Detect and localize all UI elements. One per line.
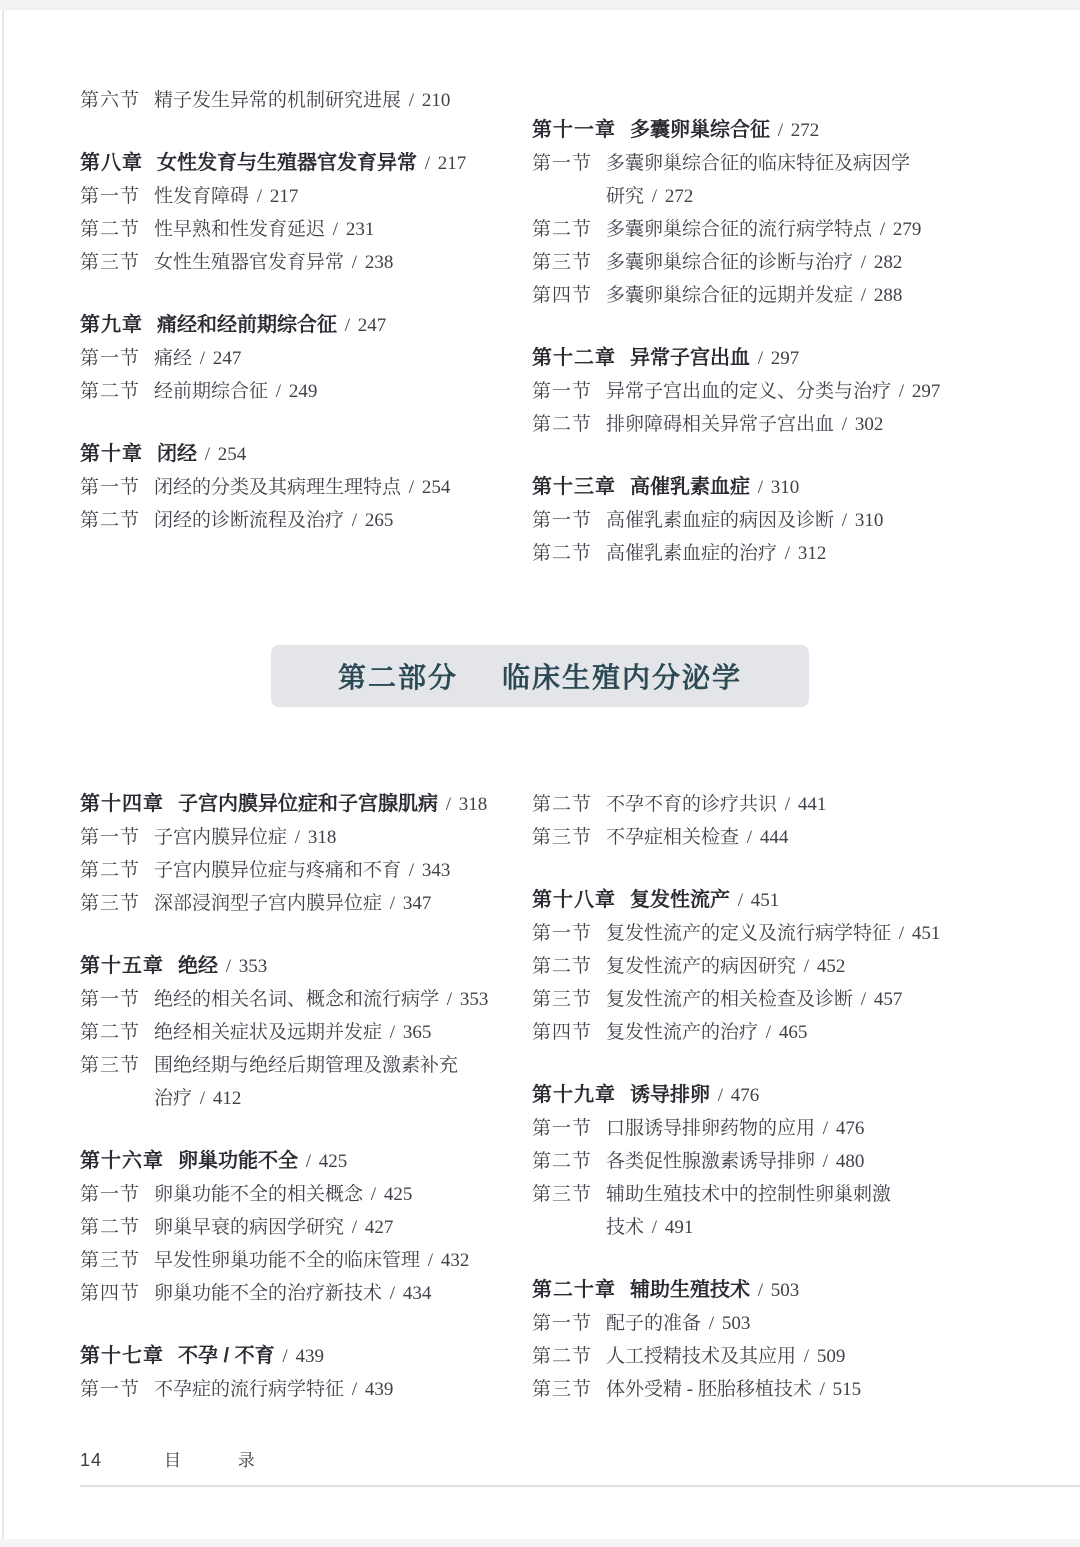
entry-separator: / [249, 186, 270, 207]
entry-number-label: 第一节 [532, 917, 592, 950]
entry-page-number: 452 [817, 956, 846, 977]
entry-number-label: 第三节 [80, 1244, 140, 1277]
entry-page-number: 509 [817, 1346, 846, 1367]
entry-title: 治疗 [154, 1088, 192, 1109]
entry-separator: / [796, 1346, 817, 1367]
entry-body: 子宫内膜异位症 / 318 [154, 821, 520, 854]
entry-separator: / [853, 252, 874, 273]
entry-page-number: 365 [403, 1022, 432, 1043]
entry-title: 绝经 [178, 955, 218, 977]
entry-title: 绝经的相关名词、概念和流行病学 [154, 989, 439, 1010]
entry-number-label: 第十八章 [532, 884, 616, 917]
toc-chapter-entry: 第十章闭经 / 254 [80, 438, 520, 471]
entry-body: 性发育障碍 / 217 [154, 180, 520, 213]
entry-number-label: 第一节 [80, 1373, 140, 1406]
entry-body: 人工授精技术及其应用 / 509 [606, 1340, 1010, 1373]
entry-separator: / [287, 827, 308, 848]
entry-title: 口服诱导排卵药物的应用 [606, 1118, 815, 1139]
entry-body: 子宫内膜异位症和子宫腺肌病 / 318 [178, 788, 520, 821]
toc-chapter-entry: 第十一章多囊卵巢综合征 / 272 [532, 114, 1010, 147]
entry-number-label: 第三节 [80, 246, 140, 279]
toc-section-entry: 第一节痛经 / 247 [80, 342, 520, 375]
entry-title: 痛经和经前期综合征 [157, 314, 337, 336]
entry-body: 绝经的相关名词、概念和流行病学 / 353 [154, 983, 520, 1016]
entry-title: 研究 [606, 186, 644, 207]
entry-page-number: 217 [270, 186, 299, 207]
entry-separator: / [268, 381, 289, 402]
entry-body: 闭经的分类及其病理生理特点 / 254 [154, 471, 520, 504]
toc-chapter-entry: 第十九章诱导排卵 / 476 [532, 1079, 1010, 1112]
entry-number-label: 第三节 [532, 821, 592, 854]
toc-section-entry: 第一节高催乳素血症的病因及诊断 / 310 [532, 504, 1010, 537]
toc-part1-column-right: 第十一章多囊卵巢综合征 / 272第一节多囊卵巢综合征的临床特征及病因学研究 /… [532, 84, 1010, 570]
entry-number-label: 第十七章 [80, 1340, 164, 1373]
part2-divider-banner: 第二部分 临床生殖内分泌学 [271, 645, 809, 707]
entry-number-label: 第一节 [532, 504, 592, 537]
entry-title: 高催乳素血症的治疗 [606, 543, 777, 564]
toc-section-entry: 第二节绝经相关症状及远期并发症 / 365 [80, 1016, 520, 1049]
entry-title: 复发性流产的定义及流行病学特征 [606, 923, 891, 944]
entry-page-number: 265 [365, 510, 394, 531]
entry-title: 复发性流产的治疗 [606, 1022, 758, 1043]
page-number: 14 [80, 1448, 102, 1472]
entry-title: 子宫内膜异位症 [154, 827, 287, 848]
toc-section-entry: 第二节高催乳素血症的治疗 / 312 [532, 537, 1010, 570]
entry-body: 卵巢功能不全的治疗新技术 / 434 [154, 1277, 520, 1310]
entry-page-number: 302 [855, 414, 884, 435]
entry-number-label: 第一节 [80, 180, 140, 213]
entry-body: 异常子宫出血的定义、分类与治疗 / 297 [606, 375, 1010, 408]
entry-separator: / [834, 414, 855, 435]
entry-separator: / [815, 1151, 836, 1172]
entry-page-number: 353 [460, 989, 489, 1010]
entry-separator: / [812, 1379, 833, 1400]
entry-page-number: 451 [912, 923, 941, 944]
toc-section-entry: 第三节多囊卵巢综合征的诊断与治疗 / 282 [532, 246, 1010, 279]
entry-title: 子宫内膜异位症与疼痛和不育 [154, 860, 401, 881]
entry-body: 诱导排卵 / 476 [630, 1079, 1010, 1112]
entry-separator: / [796, 956, 817, 977]
entry-separator: / [750, 1280, 771, 1301]
entry-page-number: 412 [213, 1088, 242, 1109]
entry-number-label: 第二节 [80, 1016, 140, 1049]
entry-title: 高催乳素血症的病因及诊断 [606, 510, 834, 531]
entry-title: 异常子宫出血 [630, 347, 750, 369]
toc-section-entry: 第二节多囊卵巢综合征的流行病学特点 / 279 [532, 213, 1010, 246]
entry-body: 高催乳素血症的病因及诊断 / 310 [606, 504, 1010, 537]
entry-separator: / [363, 1184, 384, 1205]
entry-number-label: 第三节 [80, 1049, 140, 1082]
entry-separator: / [337, 315, 358, 336]
toc-chapter-entry: 第九章痛经和经前期综合征 / 247 [80, 309, 520, 342]
entry-separator: / [344, 510, 365, 531]
entry-page-number: 441 [798, 794, 827, 815]
entry-page-number: 318 [308, 827, 337, 848]
entry-title: 女性生殖器官发育异常 [154, 252, 344, 273]
toc-section-entry: 第二节各类促性腺激素诱导排卵 / 480 [532, 1145, 1010, 1178]
entry-number-label: 第二节 [532, 408, 592, 441]
entry-body: 卵巢功能不全 / 425 [178, 1145, 520, 1178]
toc-chapter-entry: 第十五章绝经 / 353 [80, 950, 520, 983]
toc-section-entry: 第三节辅助生殖技术中的控制性卵巢刺激技术 / 491 [532, 1178, 1010, 1244]
entry-number-label: 第四节 [80, 1277, 140, 1310]
entry-body: 闭经 / 254 [157, 438, 520, 471]
entry-number-label: 第二节 [80, 375, 140, 408]
entry-title: 排卵障碍相关异常子宫出血 [606, 414, 834, 435]
entry-separator: / [218, 956, 239, 977]
entry-body: 体外受精 - 胚胎移植技术 / 515 [606, 1373, 1010, 1406]
entry-page-number: 347 [403, 893, 432, 914]
entry-title: 闭经的分类及其病理生理特点 [154, 477, 401, 498]
entry-number-label: 第十九章 [532, 1079, 616, 1112]
entry-body: 卵巢早衰的病因学研究 / 427 [154, 1211, 520, 1244]
entry-number-label: 第六节 [80, 84, 140, 117]
entry-title: 不孕 / 不育 [178, 1345, 275, 1367]
entry-title: 复发性流产的病因研究 [606, 956, 796, 977]
entry-separator: / [758, 1022, 779, 1043]
entry-title: 精子发生异常的机制研究进展 [154, 90, 401, 111]
toc-part2-column-left: 第十四章子宫内膜异位症和子宫腺肌病 / 318第一节子宫内膜异位症 / 318第… [80, 788, 520, 1406]
entry-title: 卵巢功能不全 [178, 1150, 298, 1172]
entry-number-label: 第十章 [80, 438, 143, 471]
entry-body: 各类促性腺激素诱导排卵 / 480 [606, 1145, 1010, 1178]
entry-number-label: 第八章 [80, 147, 143, 180]
entry-title: 不孕不育的诊疗共识 [606, 794, 777, 815]
entry-number-label: 第二节 [80, 854, 140, 887]
entry-title: 多囊卵巢综合征 [630, 119, 770, 141]
entry-number-label: 第九章 [80, 309, 143, 342]
entry-number-label: 第一节 [80, 471, 140, 504]
entry-separator: / [815, 1118, 836, 1139]
entry-page-number: 476 [836, 1118, 865, 1139]
toc-section-entry: 第一节配子的准备 / 503 [532, 1307, 1010, 1340]
toc-part2-section: 第十四章子宫内膜异位症和子宫腺肌病 / 318第一节子宫内膜异位症 / 318第… [80, 788, 1012, 1406]
entry-page-number: 272 [791, 120, 820, 141]
entry-separator: / [325, 219, 346, 240]
entry-title: 痛经 [154, 348, 192, 369]
entry-body: 性早熟和性发育延迟 / 231 [154, 213, 520, 246]
entry-body: 高催乳素血症的治疗 / 312 [606, 537, 1010, 570]
entry-number-label: 第二节 [532, 788, 592, 821]
entry-body: 卵巢功能不全的相关概念 / 425 [154, 1178, 520, 1211]
entry-separator: / [777, 794, 798, 815]
entry-page-number: 465 [779, 1022, 808, 1043]
entry-number-label: 第十三章 [532, 471, 616, 504]
entry-separator: / [770, 120, 791, 141]
toc-section-entry: 第一节卵巢功能不全的相关概念 / 425 [80, 1178, 520, 1211]
entry-page-number: 231 [346, 219, 375, 240]
toc-section-entry: 第三节围绝经期与绝经后期管理及激素补充治疗 / 412 [80, 1049, 520, 1115]
entry-title: 经前期综合征 [154, 381, 268, 402]
entry-page-number: 288 [874, 285, 903, 306]
entry-separator: / [750, 477, 771, 498]
toc-section-entry: 第三节不孕症相关检查 / 444 [532, 821, 1010, 854]
entry-page-number: 425 [384, 1184, 413, 1205]
entry-separator: / [750, 348, 771, 369]
toc-section-entry: 第二节性早熟和性发育延迟 / 231 [80, 213, 520, 246]
part-banner-label: 第二部分 [338, 656, 458, 696]
entry-title: 辅助生殖技术中的控制性卵巢刺激 [606, 1184, 891, 1205]
entry-body: 口服诱导排卵药物的应用 / 476 [606, 1112, 1010, 1145]
entry-body: 多囊卵巢综合征的诊断与治疗 / 282 [606, 246, 1010, 279]
entry-body: 绝经 / 353 [178, 950, 520, 983]
entry-title: 卵巢功能不全的相关概念 [154, 1184, 363, 1205]
entry-separator: / [192, 348, 213, 369]
entry-title: 各类促性腺激素诱导排卵 [606, 1151, 815, 1172]
entry-title: 闭经的诊断流程及治疗 [154, 510, 344, 531]
toc-chapter-entry: 第十八章复发性流产 / 451 [532, 884, 1010, 917]
entry-body: 不孕 / 不育 / 439 [178, 1340, 520, 1373]
entry-body: 闭经的诊断流程及治疗 / 265 [154, 504, 520, 537]
entry-body: 不孕不育的诊疗共识 / 441 [606, 788, 1010, 821]
entry-separator: / [401, 90, 422, 111]
entry-separator: / [891, 381, 912, 402]
entry-number-label: 第二节 [532, 950, 592, 983]
entry-separator: / [438, 794, 459, 815]
entry-body: 高催乳素血症 / 310 [630, 471, 1010, 504]
entry-number-label: 第三节 [532, 246, 592, 279]
entry-page-number: 503 [771, 1280, 800, 1301]
entry-title: 复发性流产的相关检查及诊断 [606, 989, 853, 1010]
entry-page-number: 272 [665, 186, 694, 207]
entry-title: 卵巢早衰的病因学研究 [154, 1217, 344, 1238]
entry-title: 多囊卵巢综合征的诊断与治疗 [606, 252, 853, 273]
entry-separator: / [644, 1217, 665, 1238]
toc-section-entry: 第三节体外受精 - 胚胎移植技术 / 515 [532, 1373, 1010, 1406]
entry-title: 早发性卵巢功能不全的临床管理 [154, 1250, 420, 1271]
entry-number-label: 第一节 [80, 342, 140, 375]
toc-page: 第六节精子发生异常的机制研究进展 / 210第八章女性发育与生殖器官发育异常 /… [0, 0, 1080, 1547]
entry-number-label: 第一节 [532, 147, 592, 180]
entry-page-number: 318 [459, 794, 488, 815]
entry-page-number: 254 [422, 477, 451, 498]
entry-title: 闭经 [157, 443, 197, 465]
entry-page-number: 444 [760, 827, 789, 848]
entry-page-number: 503 [722, 1313, 751, 1334]
entry-body: 经前期综合征 / 249 [154, 375, 520, 408]
entry-body: 异常子宫出血 / 297 [630, 342, 1010, 375]
toc-section-entry: 第三节早发性卵巢功能不全的临床管理 / 432 [80, 1244, 520, 1277]
entry-page-number: 427 [365, 1217, 394, 1238]
entry-title: 性发育障碍 [154, 186, 249, 207]
part-banner-title: 临床生殖内分泌学 [502, 656, 742, 696]
entry-separator: / [401, 860, 422, 881]
entry-body: 痛经 / 247 [154, 342, 520, 375]
toc-section-entry: 第二节经前期综合征 / 249 [80, 375, 520, 408]
entry-page-number: 343 [422, 860, 451, 881]
entry-title: 复发性流产 [630, 889, 730, 911]
entry-title: 人工授精技术及其应用 [606, 1346, 796, 1367]
entry-page-number: 282 [874, 252, 903, 273]
page-footer: 14 目 录 [80, 1448, 1080, 1487]
entry-page-number: 247 [213, 348, 242, 369]
entry-separator: / [701, 1313, 722, 1334]
entry-page-number: 457 [874, 989, 903, 1010]
entry-page-number: 480 [836, 1151, 865, 1172]
entry-body: 复发性流产的定义及流行病学特征 / 451 [606, 917, 1010, 950]
entry-separator: / [344, 252, 365, 273]
entry-separator: / [344, 1217, 365, 1238]
toc-section-entry: 第一节子宫内膜异位症 / 318 [80, 821, 520, 854]
toc-section-entry: 第二节人工授精技术及其应用 / 509 [532, 1340, 1010, 1373]
entry-separator: / [275, 1346, 296, 1367]
entry-number-label: 第二节 [532, 1340, 592, 1373]
entry-number-label: 第一节 [80, 821, 140, 854]
entry-separator: / [644, 186, 665, 207]
entry-separator: / [417, 153, 438, 174]
entry-title: 子宫内膜异位症和子宫腺肌病 [178, 793, 438, 815]
entry-body: 不孕症的流行病学特征 / 439 [154, 1373, 520, 1406]
entry-separator: / [439, 989, 460, 1010]
entry-title: 绝经相关症状及远期并发症 [154, 1022, 382, 1043]
entry-page-number: 425 [319, 1151, 348, 1172]
entry-body: 女性生殖器官发育异常 / 238 [154, 246, 520, 279]
entry-page-number: 353 [239, 956, 268, 977]
entry-body: 辅助生殖技术中的控制性卵巢刺激技术 / 491 [606, 1178, 1010, 1244]
entry-separator: / [401, 477, 422, 498]
entry-title: 围绝经期与绝经后期管理及激素补充 [154, 1055, 458, 1076]
entry-title: 多囊卵巢综合征的临床特征及病因学 [606, 153, 910, 174]
entry-body: 围绝经期与绝经后期管理及激素补充治疗 / 412 [154, 1049, 520, 1115]
entry-body: 辅助生殖技术 / 503 [630, 1274, 1010, 1307]
toc-section-entry: 第三节复发性流产的相关检查及诊断 / 457 [532, 983, 1010, 1016]
footer-running-title: 目 录 [164, 1449, 281, 1473]
entry-number-label: 第十六章 [80, 1145, 164, 1178]
entry-title: 深部浸润型子宫内膜异位症 [154, 893, 382, 914]
entry-number-label: 第二节 [80, 213, 140, 246]
entry-separator: / [420, 1250, 441, 1271]
entry-separator: / [872, 219, 893, 240]
toc-section-entry: 第四节复发性流产的治疗 / 465 [532, 1016, 1010, 1049]
entry-body: 不孕症相关检查 / 444 [606, 821, 1010, 854]
entry-page-number: 432 [441, 1250, 470, 1271]
entry-title: 体外受精 - 胚胎移植技术 [606, 1379, 812, 1400]
toc-section-entry: 第四节卵巢功能不全的治疗新技术 / 434 [80, 1277, 520, 1310]
page-edge-bottom [0, 1539, 1080, 1547]
entry-number-label: 第二节 [532, 1145, 592, 1178]
entry-separator: / [382, 1022, 403, 1043]
entry-page-number: 249 [289, 381, 318, 402]
entry-page-number: 312 [798, 543, 827, 564]
entry-separator: / [197, 444, 218, 465]
part-banner-row: 第二部分 临床生殖内分泌学 [0, 645, 1080, 707]
entry-number-label: 第一节 [532, 375, 592, 408]
entry-page-number: 439 [295, 1346, 324, 1367]
entry-title: 配子的准备 [606, 1313, 701, 1334]
entry-number-label: 第二节 [532, 537, 592, 570]
toc-section-entry: 第三节深部浸润型子宫内膜异位症 / 347 [80, 887, 520, 920]
toc-chapter-entry: 第十七章不孕 / 不育 / 439 [80, 1340, 520, 1373]
toc-part1-column-left: 第六节精子发生异常的机制研究进展 / 210第八章女性发育与生殖器官发育异常 /… [80, 84, 520, 570]
toc-section-entry: 第一节多囊卵巢综合征的临床特征及病因学研究 / 272 [532, 147, 1010, 213]
toc-section-entry: 第二节卵巢早衰的病因学研究 / 427 [80, 1211, 520, 1244]
entry-page-number: 491 [665, 1217, 694, 1238]
entry-body: 绝经相关症状及远期并发症 / 365 [154, 1016, 520, 1049]
entry-body: 多囊卵巢综合征的流行病学特点 / 279 [606, 213, 1010, 246]
entry-number-label: 第二十章 [532, 1274, 616, 1307]
entry-page-number: 476 [731, 1085, 760, 1106]
toc-chapter-entry: 第十三章高催乳素血症 / 310 [532, 471, 1010, 504]
toc-section-entry: 第一节绝经的相关名词、概念和流行病学 / 353 [80, 983, 520, 1016]
toc-chapter-entry: 第十二章异常子宫出血 / 297 [532, 342, 1010, 375]
page-edge-top [0, 0, 1080, 10]
entry-title: 辅助生殖技术 [630, 1279, 750, 1301]
entry-page-number: 217 [438, 153, 467, 174]
toc-section-entry: 第一节复发性流产的定义及流行病学特征 / 451 [532, 917, 1010, 950]
toc-chapter-entry: 第二十章辅助生殖技术 / 503 [532, 1274, 1010, 1307]
entry-page-number: 451 [751, 890, 780, 911]
entry-title: 诱导排卵 [630, 1084, 710, 1106]
entry-separator: / [891, 923, 912, 944]
entry-page-number: 254 [218, 444, 247, 465]
entry-title: 不孕症相关检查 [606, 827, 739, 848]
entry-number-label: 第一节 [532, 1112, 592, 1145]
entry-title: 性早熟和性发育延迟 [154, 219, 325, 240]
entry-number-label: 第四节 [532, 1016, 592, 1049]
entry-title: 女性发育与生殖器官发育异常 [157, 152, 417, 174]
toc-chapter-entry: 第十四章子宫内膜异位症和子宫腺肌病 / 318 [80, 788, 520, 821]
entry-body: 配子的准备 / 503 [606, 1307, 1010, 1340]
footer-rule [80, 1485, 1080, 1487]
toc-section-entry: 第一节闭经的分类及其病理生理特点 / 254 [80, 471, 520, 504]
entry-body: 多囊卵巢综合征的远期并发症 / 288 [606, 279, 1010, 312]
toc-part1-section: 第六节精子发生异常的机制研究进展 / 210第八章女性发育与生殖器官发育异常 /… [80, 84, 1012, 570]
entry-page-number: 434 [403, 1283, 432, 1304]
entry-page-number: 210 [422, 90, 451, 111]
entry-body: 精子发生异常的机制研究进展 / 210 [154, 84, 520, 117]
toc-section-entry: 第三节女性生殖器官发育异常 / 238 [80, 246, 520, 279]
entry-body: 女性发育与生殖器官发育异常 / 217 [157, 147, 520, 180]
entry-separator: / [382, 1283, 403, 1304]
entry-number-label: 第十四章 [80, 788, 164, 821]
toc-chapter-entry: 第八章女性发育与生殖器官发育异常 / 217 [80, 147, 520, 180]
entry-body: 排卵障碍相关异常子宫出血 / 302 [606, 408, 1010, 441]
entry-body: 痛经和经前期综合征 / 247 [157, 309, 520, 342]
entry-number-label: 第一节 [80, 1178, 140, 1211]
toc-section-entry: 第二节排卵障碍相关异常子宫出血 / 302 [532, 408, 1010, 441]
toc-section-entry: 第二节闭经的诊断流程及治疗 / 265 [80, 504, 520, 537]
entry-body: 复发性流产的治疗 / 465 [606, 1016, 1010, 1049]
entry-number-label: 第四节 [532, 279, 592, 312]
entry-separator: / [730, 890, 751, 911]
entry-number-label: 第三节 [532, 983, 592, 1016]
entry-number-label: 第二节 [532, 213, 592, 246]
entry-title: 多囊卵巢综合征的远期并发症 [606, 285, 853, 306]
entry-number-label: 第三节 [532, 1373, 592, 1406]
entry-page-number: 310 [855, 510, 884, 531]
toc-section-entry: 第一节口服诱导排卵药物的应用 / 476 [532, 1112, 1010, 1145]
toc-section-entry: 第二节复发性流产的病因研究 / 452 [532, 950, 1010, 983]
entry-separator: / [710, 1085, 731, 1106]
entry-page-number: 297 [771, 348, 800, 369]
toc-chapter-entry: 第十六章卵巢功能不全 / 425 [80, 1145, 520, 1178]
toc-section-entry: 第一节异常子宫出血的定义、分类与治疗 / 297 [532, 375, 1010, 408]
entry-body: 复发性流产的病因研究 / 452 [606, 950, 1010, 983]
entry-page-number: 247 [358, 315, 387, 336]
entry-separator: / [739, 827, 760, 848]
toc-part2-column-right: 第二节不孕不育的诊疗共识 / 441第三节不孕症相关检查 / 444第十八章复发… [532, 788, 1010, 1406]
entry-title: 异常子宫出血的定义、分类与治疗 [606, 381, 891, 402]
entry-page-number: 515 [833, 1379, 862, 1400]
entry-body: 多囊卵巢综合征 / 272 [630, 114, 1010, 147]
page-edge-left [2, 10, 4, 1539]
entry-title: 技术 [606, 1217, 644, 1238]
entry-number-label: 第二节 [80, 1211, 140, 1244]
footer-text: 14 目 录 [80, 1448, 1080, 1473]
entry-page-number: 310 [771, 477, 800, 498]
entry-separator: / [192, 1088, 213, 1109]
entry-separator: / [853, 989, 874, 1010]
